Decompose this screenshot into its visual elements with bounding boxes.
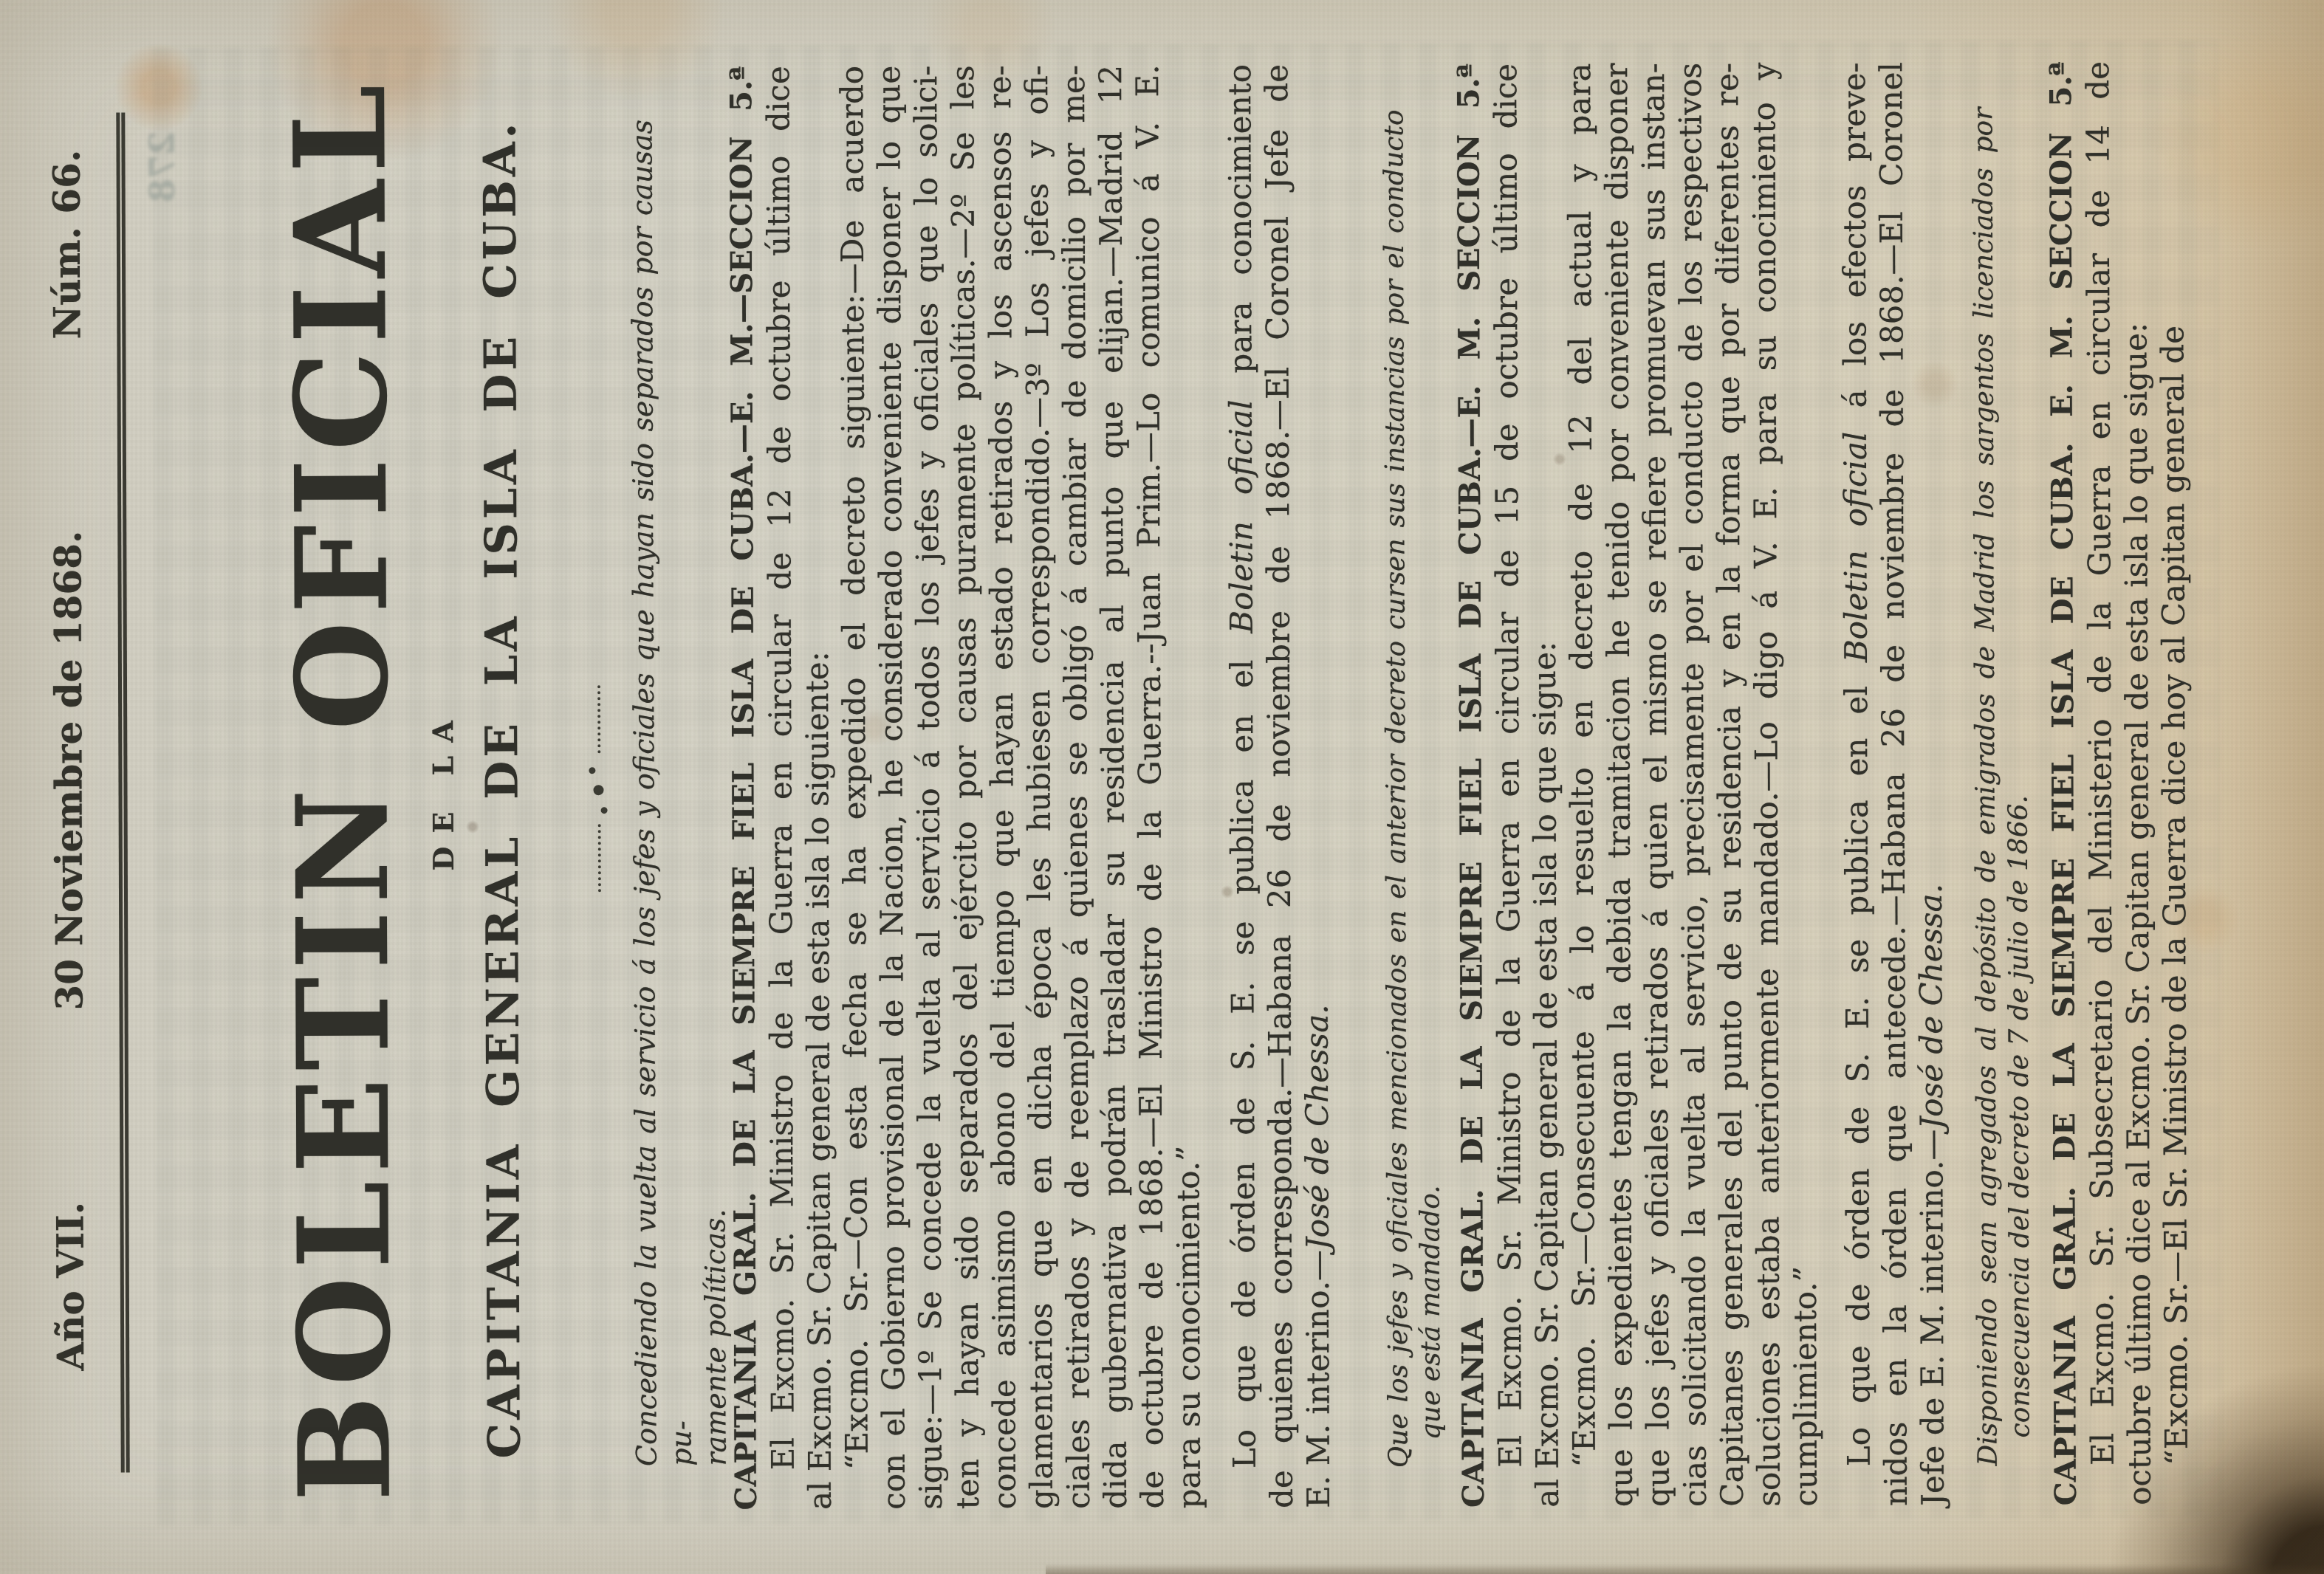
vignette (0, 0, 2324, 1574)
scanned-bulletin-page: { "page": { "header": { "left": "Año VII… (0, 0, 2324, 1574)
